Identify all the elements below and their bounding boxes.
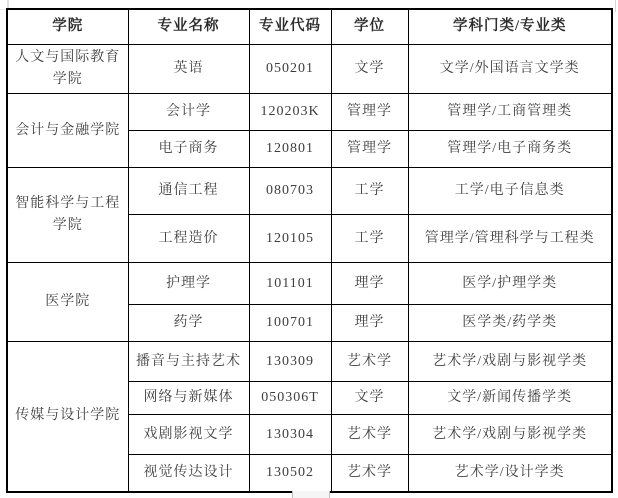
table-row: 医学院 护理学 101101 理学 医学/护理学类 xyxy=(7,263,612,305)
degree-cell: 工学 xyxy=(331,215,408,263)
code-cell: 080703 xyxy=(249,168,331,215)
major-cell: 戏剧影视文学 xyxy=(128,415,249,455)
code-cell: 120801 xyxy=(249,131,331,168)
header-major-code: 专业代码 xyxy=(249,9,331,44)
category-cell: 医学/护理学类 xyxy=(408,263,612,305)
code-cell: 100701 xyxy=(249,305,331,342)
code-cell: 130304 xyxy=(249,415,331,455)
code-cell: 120105 xyxy=(249,215,331,263)
category-cell: 管理学/管理科学与工程类 xyxy=(408,215,612,263)
table-row: 会计与金融学院 会计学 120203K 管理学 管理学/工商管理类 xyxy=(7,94,612,131)
code-cell: 130309 xyxy=(249,342,331,382)
category-cell: 工学/电子信息类 xyxy=(408,168,612,215)
header-degree: 学位 xyxy=(331,9,408,44)
table-row: 智能科学与工程学院 通信工程 080703 工学 工学/电子信息类 xyxy=(7,168,612,215)
major-cell: 通信工程 xyxy=(128,168,249,215)
category-cell: 文学/新闻传播学类 xyxy=(408,382,612,415)
degree-cell: 文学 xyxy=(331,382,408,415)
header-college: 学院 xyxy=(7,9,128,44)
programs-table: 学院 专业名称 专业代码 学位 学科门类/专业类 人文与国际教育学院 英语 05… xyxy=(6,8,613,493)
code-cell: 101101 xyxy=(249,263,331,305)
category-cell: 文学/外国语言文学类 xyxy=(408,44,612,94)
major-cell: 网络与新媒体 xyxy=(128,382,249,415)
major-cell: 工程造价 xyxy=(128,215,249,263)
college-cell: 智能科学与工程学院 xyxy=(7,168,128,263)
code-cell: 130502 xyxy=(249,455,331,492)
category-cell: 管理学/电子商务类 xyxy=(408,131,612,168)
major-cell: 视觉传达设计 xyxy=(128,455,249,492)
degree-cell: 理学 xyxy=(331,263,408,305)
major-cell: 会计学 xyxy=(128,94,249,131)
college-cell: 传媒与设计学院 xyxy=(7,342,128,492)
degree-cell: 管理学 xyxy=(331,131,408,168)
category-cell: 艺术学/设计学类 xyxy=(408,455,612,492)
code-cell: 120203K xyxy=(249,94,331,131)
degree-cell: 工学 xyxy=(331,168,408,215)
category-cell: 艺术学/戏剧与影视学类 xyxy=(408,342,612,382)
table-row: 人文与国际教育学院 英语 050201 文学 文学/外国语言文学类 xyxy=(7,44,612,94)
table-row: 传媒与设计学院 播音与主持艺术 130309 艺术学 艺术学/戏剧与影视学类 xyxy=(7,342,612,382)
major-cell: 电子商务 xyxy=(128,131,249,168)
category-cell: 艺术学/戏剧与影视学类 xyxy=(408,415,612,455)
degree-cell: 艺术学 xyxy=(331,342,408,382)
major-cell: 药学 xyxy=(128,305,249,342)
major-cell: 英语 xyxy=(128,44,249,94)
code-cell: 050306T xyxy=(249,382,331,415)
category-cell: 管理学/工商管理类 xyxy=(408,94,612,131)
degree-cell: 管理学 xyxy=(331,94,408,131)
category-cell: 医学类/药学类 xyxy=(408,305,612,342)
degree-cell: 理学 xyxy=(331,305,408,342)
degree-cell: 艺术学 xyxy=(331,415,408,455)
header-category: 学科门类/专业类 xyxy=(408,9,612,44)
cropped-next-row-artifact xyxy=(292,491,330,498)
major-cell: 护理学 xyxy=(128,263,249,305)
code-cell: 050201 xyxy=(249,44,331,94)
college-cell: 人文与国际教育学院 xyxy=(7,44,128,94)
header-major-name: 专业名称 xyxy=(128,9,249,44)
college-cell: 会计与金融学院 xyxy=(7,94,128,168)
header-row: 学院 专业名称 专业代码 学位 学科门类/专业类 xyxy=(7,9,612,44)
major-cell: 播音与主持艺术 xyxy=(128,342,249,382)
degree-cell: 文学 xyxy=(331,44,408,94)
degree-cell: 艺术学 xyxy=(331,455,408,492)
college-cell: 医学院 xyxy=(7,263,128,342)
scan-edge-artifact xyxy=(615,0,616,12)
